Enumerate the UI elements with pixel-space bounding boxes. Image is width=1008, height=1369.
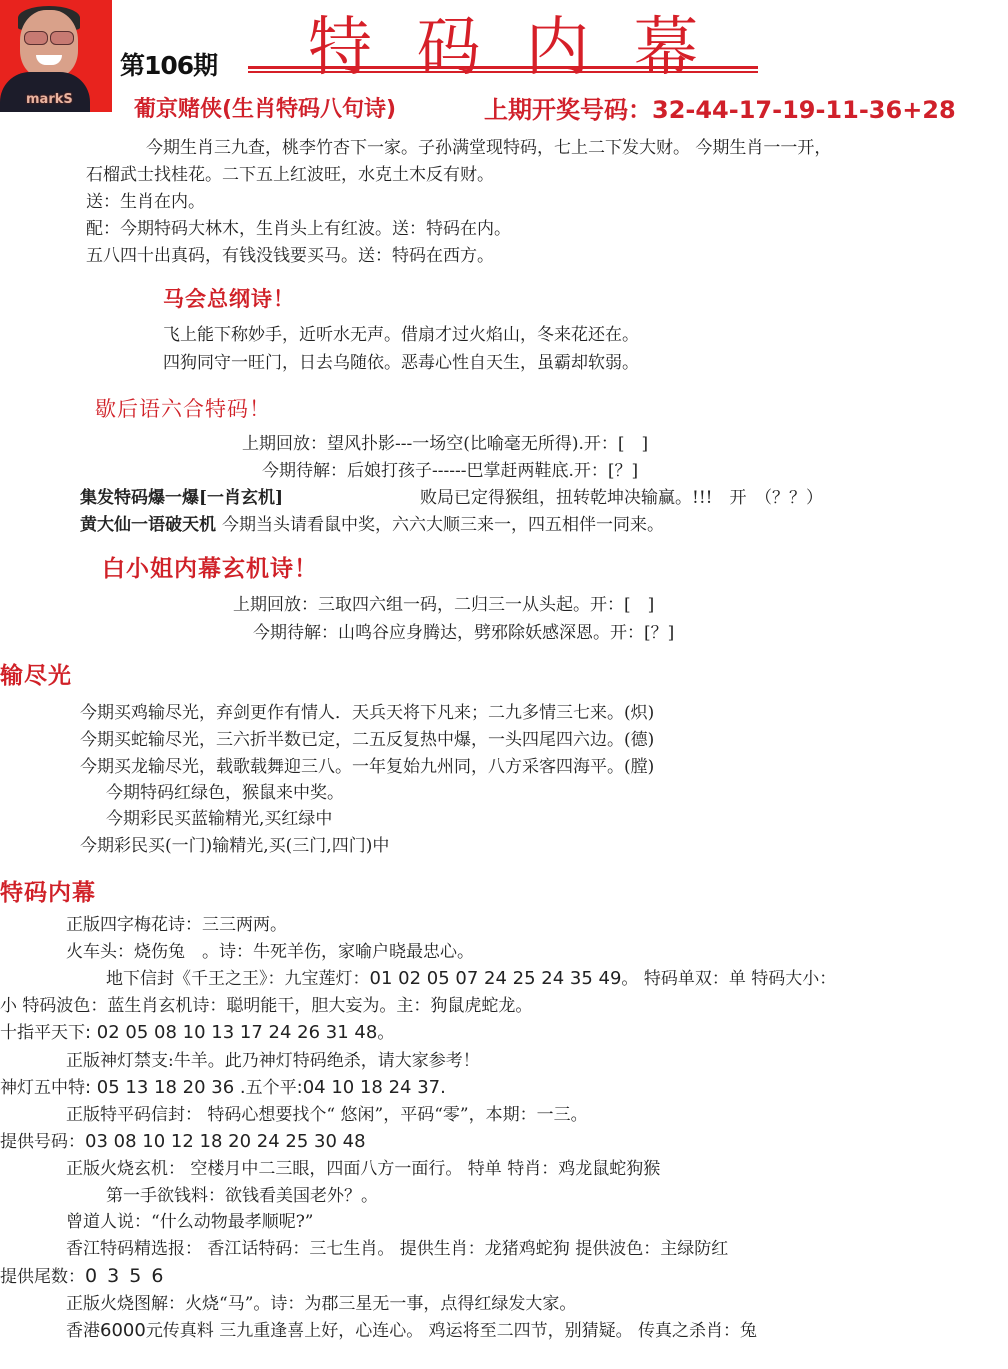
weishu-numbers: 0 3 5 6 bbox=[85, 1265, 165, 1287]
poem-line: 今期彩民买蓝输精光,买红绿中 bbox=[106, 808, 332, 830]
huochetou-line: 火车头：烧伤兔 。诗：牛死羊伤，家喻户晓最忠心。 bbox=[66, 941, 474, 963]
tepingma-line: 正版特平码信封： 特码心想要找个“ 悠闲”，平码“零”，本期：一三。 bbox=[66, 1104, 588, 1126]
section-title-baixiaojie: 白小姐内幕玄机诗！ bbox=[102, 550, 318, 583]
dixia-suffix: 。 特码单双：单 特码大小： bbox=[621, 969, 836, 989]
diyishou-line: 第一手欲钱料：欲钱看美国老外？。 bbox=[106, 1185, 378, 1207]
shizhi-end: 。 bbox=[377, 1023, 394, 1043]
last-result-line: 上期回放：望风扑影---一场空(比喻毫无所得).开：[ ] bbox=[242, 433, 648, 455]
poem-line: 送：生肖在内。 bbox=[86, 191, 205, 213]
page-title: 特 码 内 幕 bbox=[248, 0, 758, 88]
poem-line: 今期特码红绿色，猴鼠来中奖。 bbox=[106, 782, 344, 804]
avatar-glasses bbox=[24, 30, 74, 42]
shendeng-jin-line: 正版神灯禁支:牛羊。此乃神灯特码绝杀，请大家参考！ bbox=[66, 1050, 480, 1072]
tigong-numbers: 03 08 10 12 18 20 24 25 30 48 bbox=[85, 1131, 366, 1152]
hk-amount: 6000 bbox=[100, 1320, 146, 1341]
pending-line: 今期待解：山鸣谷应身腾达，劈邪除妖感深恩。开：[？] bbox=[253, 622, 674, 644]
poem-line: 今期买鸡输尽光，弃剑更作有情人．天兵天将下凡来；二九多情三七来。(炽) bbox=[80, 702, 654, 724]
poem-line: 石榴武士找桂花。二下五上红波旺，水克土木反有财。 bbox=[86, 164, 494, 186]
shizhi-line: 十指平天下: 02 05 08 10 13 17 24 26 31 48。 bbox=[0, 1022, 394, 1044]
wugeping-numbers: :04 10 18 24 37. bbox=[297, 1077, 446, 1098]
dixia-line: 地下信封《千王之王》：九宝莲灯：01 02 05 07 24 25 24 35 … bbox=[106, 968, 836, 990]
pending-line: 今期待解：后娘打孩子------巴掌赶两鞋底.开：[？] bbox=[262, 460, 638, 482]
zengdaoren-line: 曾道人说：“什么动物最孝顺呢?” bbox=[66, 1211, 314, 1233]
poem-line: 今期买龙输尽光，载歌载舞迎三八。一年复始九州同，八方采客四海平。(膛) bbox=[80, 756, 654, 778]
huoshao-tujie-line: 正版火烧图解：火烧“马”。诗：为郡三星无一事，点得红绿发大家。 bbox=[66, 1293, 576, 1315]
subtitle-pujing: 葡京赌侠(生肖特码八句诗) bbox=[134, 92, 396, 123]
avatar: markS bbox=[0, 0, 112, 112]
poem-line: 五八四十出真码，有钱没钱要买马。送：特码在西方。 bbox=[86, 245, 494, 267]
huangdaxian-text: 今期当头请看鼠中奖，六六大顺三来一，四五相伴一同来。 bbox=[222, 514, 664, 536]
section-title-shujinguang: 输尽光 bbox=[0, 657, 72, 690]
last-result-line: 上期回放：三取四六组一码，二归三一从头起。开：[ ] bbox=[233, 594, 654, 616]
title-char: 内 bbox=[525, 0, 589, 88]
jifa-label: 集发特码爆一爆[一肖玄机] bbox=[80, 487, 283, 509]
shendeng-numbers: : 05 13 18 20 36 . bbox=[85, 1077, 246, 1098]
jifa-text: 败局已定得猴组，扭转乾坤决输赢。!!! 开 （？？） bbox=[420, 487, 823, 509]
title-char: 码 bbox=[417, 0, 481, 88]
dixia-cont-line: 小 特码波色：蓝生肖玄机诗：聪明能干，胆大妄为。主：狗鼠虎蛇龙。 bbox=[0, 995, 532, 1017]
issue-number: 第106期 bbox=[120, 46, 217, 82]
xiangjiang-line: 香江特码精选报： 香江话特码：三七生肖。 提供生肖：龙猪鸡蛇狗 提供波色：主绿防… bbox=[66, 1238, 728, 1260]
poem-line: 四狗同守一旺门，日去乌随依。恶毒心性自天生，虽霸却软弱。 bbox=[163, 352, 639, 374]
title-char: 特 bbox=[308, 0, 372, 88]
poem-line: 今期生肖三九查，桃李竹杏下一家。子孙满堂现特码，七上二下发大财。 今期生肖一一开… bbox=[146, 137, 831, 159]
last-draw-numbers: 上期开奖号码：32-44-17-19-11-36+28 bbox=[484, 90, 956, 125]
hk-prefix: 香港 bbox=[66, 1321, 100, 1341]
poem-line: 今期彩民买(一门)输精光,买(三门,四门)中 bbox=[80, 835, 389, 857]
wugeping-label: 五个平 bbox=[246, 1078, 297, 1098]
dixia-numbers: 01 02 05 07 24 25 24 35 49 bbox=[370, 968, 622, 989]
shizhi-label: 十指平天下 bbox=[0, 1023, 85, 1043]
hk-fax-line: 香港6000元传真料 三九重逢喜上好，心连心。 鸡运将至二四节，别猜疑。 传真之… bbox=[66, 1320, 757, 1342]
title-char: 幕 bbox=[634, 0, 698, 88]
weishu-label: 提供尾数： bbox=[0, 1267, 85, 1287]
section-title-xiehouyu: 歇后语六合特码！ bbox=[95, 393, 271, 423]
dixia-prefix: 地下信封《千王之王》：九宝莲灯： bbox=[106, 969, 370, 989]
title-underline-thick bbox=[248, 66, 758, 69]
poem-line: 飞上能下称妙手，近听水无声。借扇才过火焰山，冬来花还在。 bbox=[163, 324, 639, 346]
shizhi-numbers: : 02 05 08 10 13 17 24 26 31 48 bbox=[85, 1022, 377, 1043]
tigong-line: 提供号码：03 08 10 12 18 20 24 25 30 48 bbox=[0, 1131, 366, 1153]
shendeng-line: 神灯五中特: 05 13 18 20 36 .五个平:04 10 18 24 3… bbox=[0, 1077, 446, 1099]
poem-line: 配：今期特码大林木，生肖头上有红波。送：特码在内。 bbox=[86, 218, 511, 240]
meihua-line: 正版四字梅花诗：三三两两。 bbox=[66, 914, 287, 936]
tigong-label: 提供号码： bbox=[0, 1132, 85, 1152]
huoshao-xuanji-line: 正版火烧玄机： 空楼月中二三眼，四面八方一面行。 特单 特肖：鸡龙鼠蛇狗猴 bbox=[66, 1158, 660, 1180]
poem-line: 今期买蛇输尽光，三六折半数已定，二五反复热中爆，一头四尾四六边。(德) bbox=[80, 729, 654, 751]
huangdaxian-label: 黄大仙一语破天机 bbox=[80, 514, 216, 536]
title-underline-thin bbox=[248, 71, 758, 73]
shendeng-label: 神灯五中特 bbox=[0, 1078, 85, 1098]
avatar-watermark: markS bbox=[26, 92, 73, 107]
section-title-mahui: 马会总纲诗！ bbox=[163, 283, 295, 313]
hk-suffix: 元传真料 三九重逢喜上好，心连心。 鸡运将至二四节，别猜疑。 传真之杀肖：兔 bbox=[146, 1321, 757, 1341]
weishu-line: 提供尾数：0 3 5 6 bbox=[0, 1265, 165, 1288]
section-title-temaneimu: 特码内幕 bbox=[0, 874, 96, 907]
